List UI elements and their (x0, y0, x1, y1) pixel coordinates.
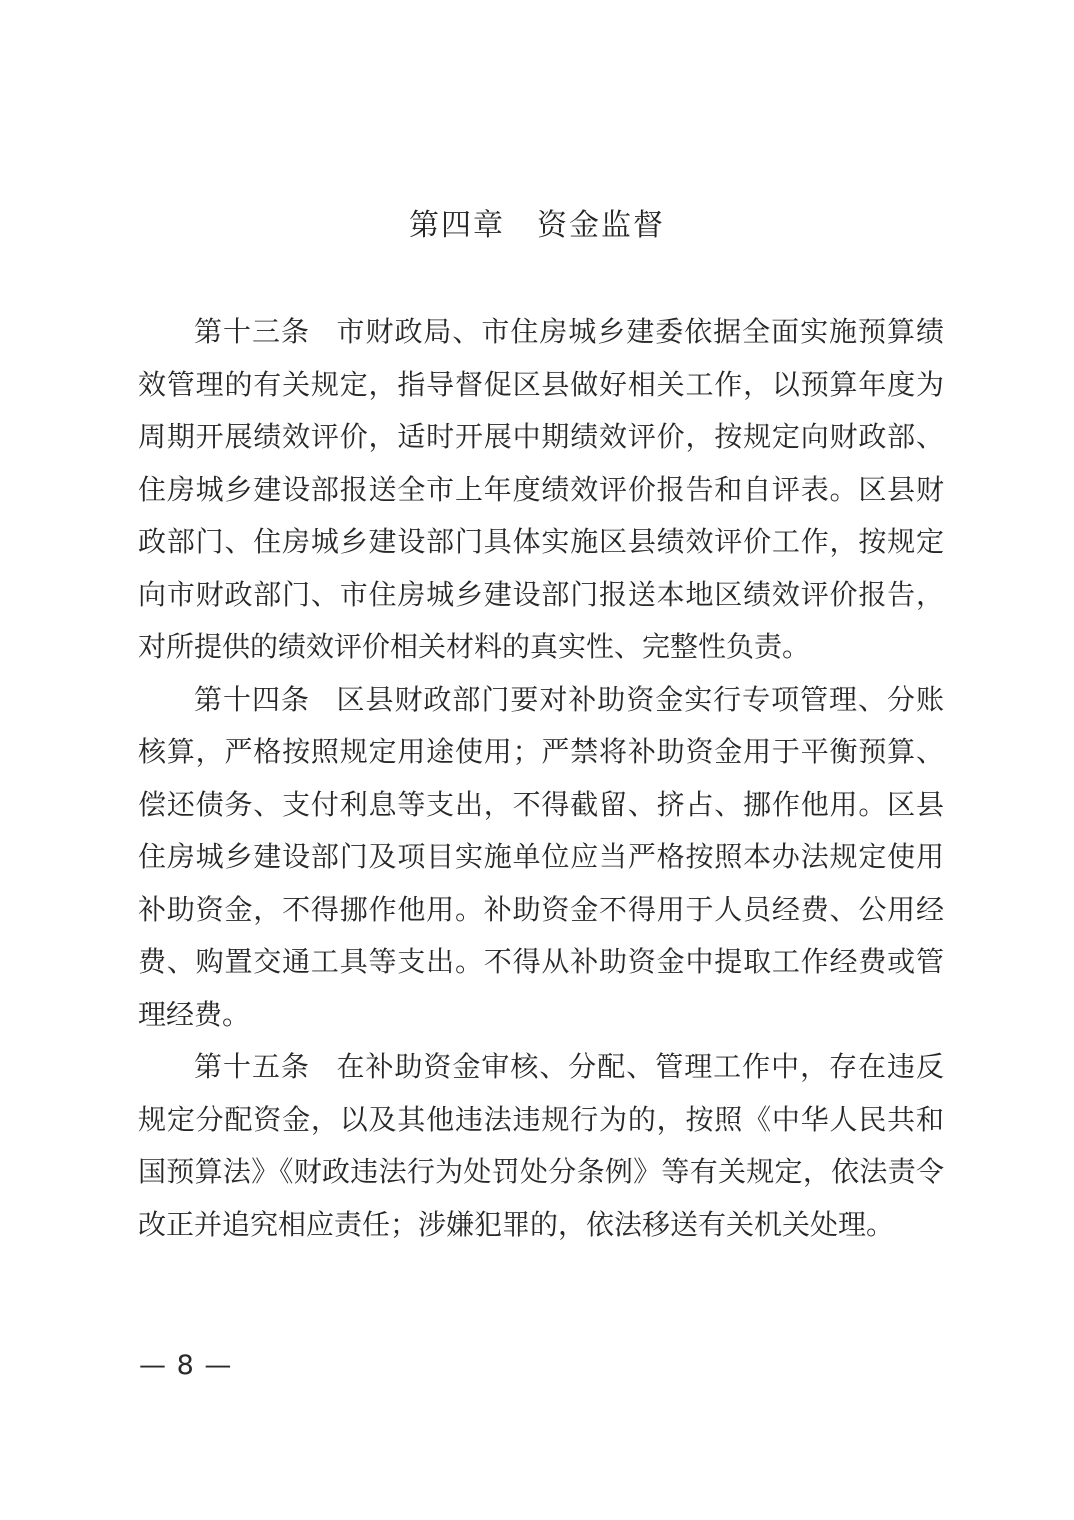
article-14-number: 第十四条 (194, 683, 310, 716)
article-13-paragraph: 第十三条市财政局、市住房城乡建委依据全面实施预算绩效管理的有关规定，指导督促区县… (138, 306, 944, 674)
page-number: — 8 — (139, 1350, 232, 1381)
article-14-paragraph: 第十四条区县财政部门要对补助资金实行专项管理、分账核算，严格按照规定用途使用；严… (138, 674, 944, 1042)
article-13-text: 市财政局、市住房城乡建委依据全面实施预算绩效管理的有关规定，指导督促区县做好相关… (138, 315, 944, 663)
article-15-number: 第十五条 (194, 1050, 310, 1083)
document-body: 第十三条市财政局、市住房城乡建委依据全面实施预算绩效管理的有关规定，指导督促区县… (138, 306, 944, 1251)
chapter-heading: 第四章 资金监督 (0, 200, 1074, 244)
article-13-number: 第十三条 (194, 315, 310, 348)
article-14-text: 区县财政部门要对补助资金实行专项管理、分账核算，严格按照规定用途使用；严禁将补助… (138, 683, 944, 1031)
document-page: 第四章 资金监督 第十三条市财政局、市住房城乡建委依据全面实施预算绩效管理的有关… (0, 0, 1074, 1520)
article-15-paragraph: 第十五条在补助资金审核、分配、管理工作中，存在违反规定分配资金，以及其他违法违规… (138, 1041, 944, 1251)
